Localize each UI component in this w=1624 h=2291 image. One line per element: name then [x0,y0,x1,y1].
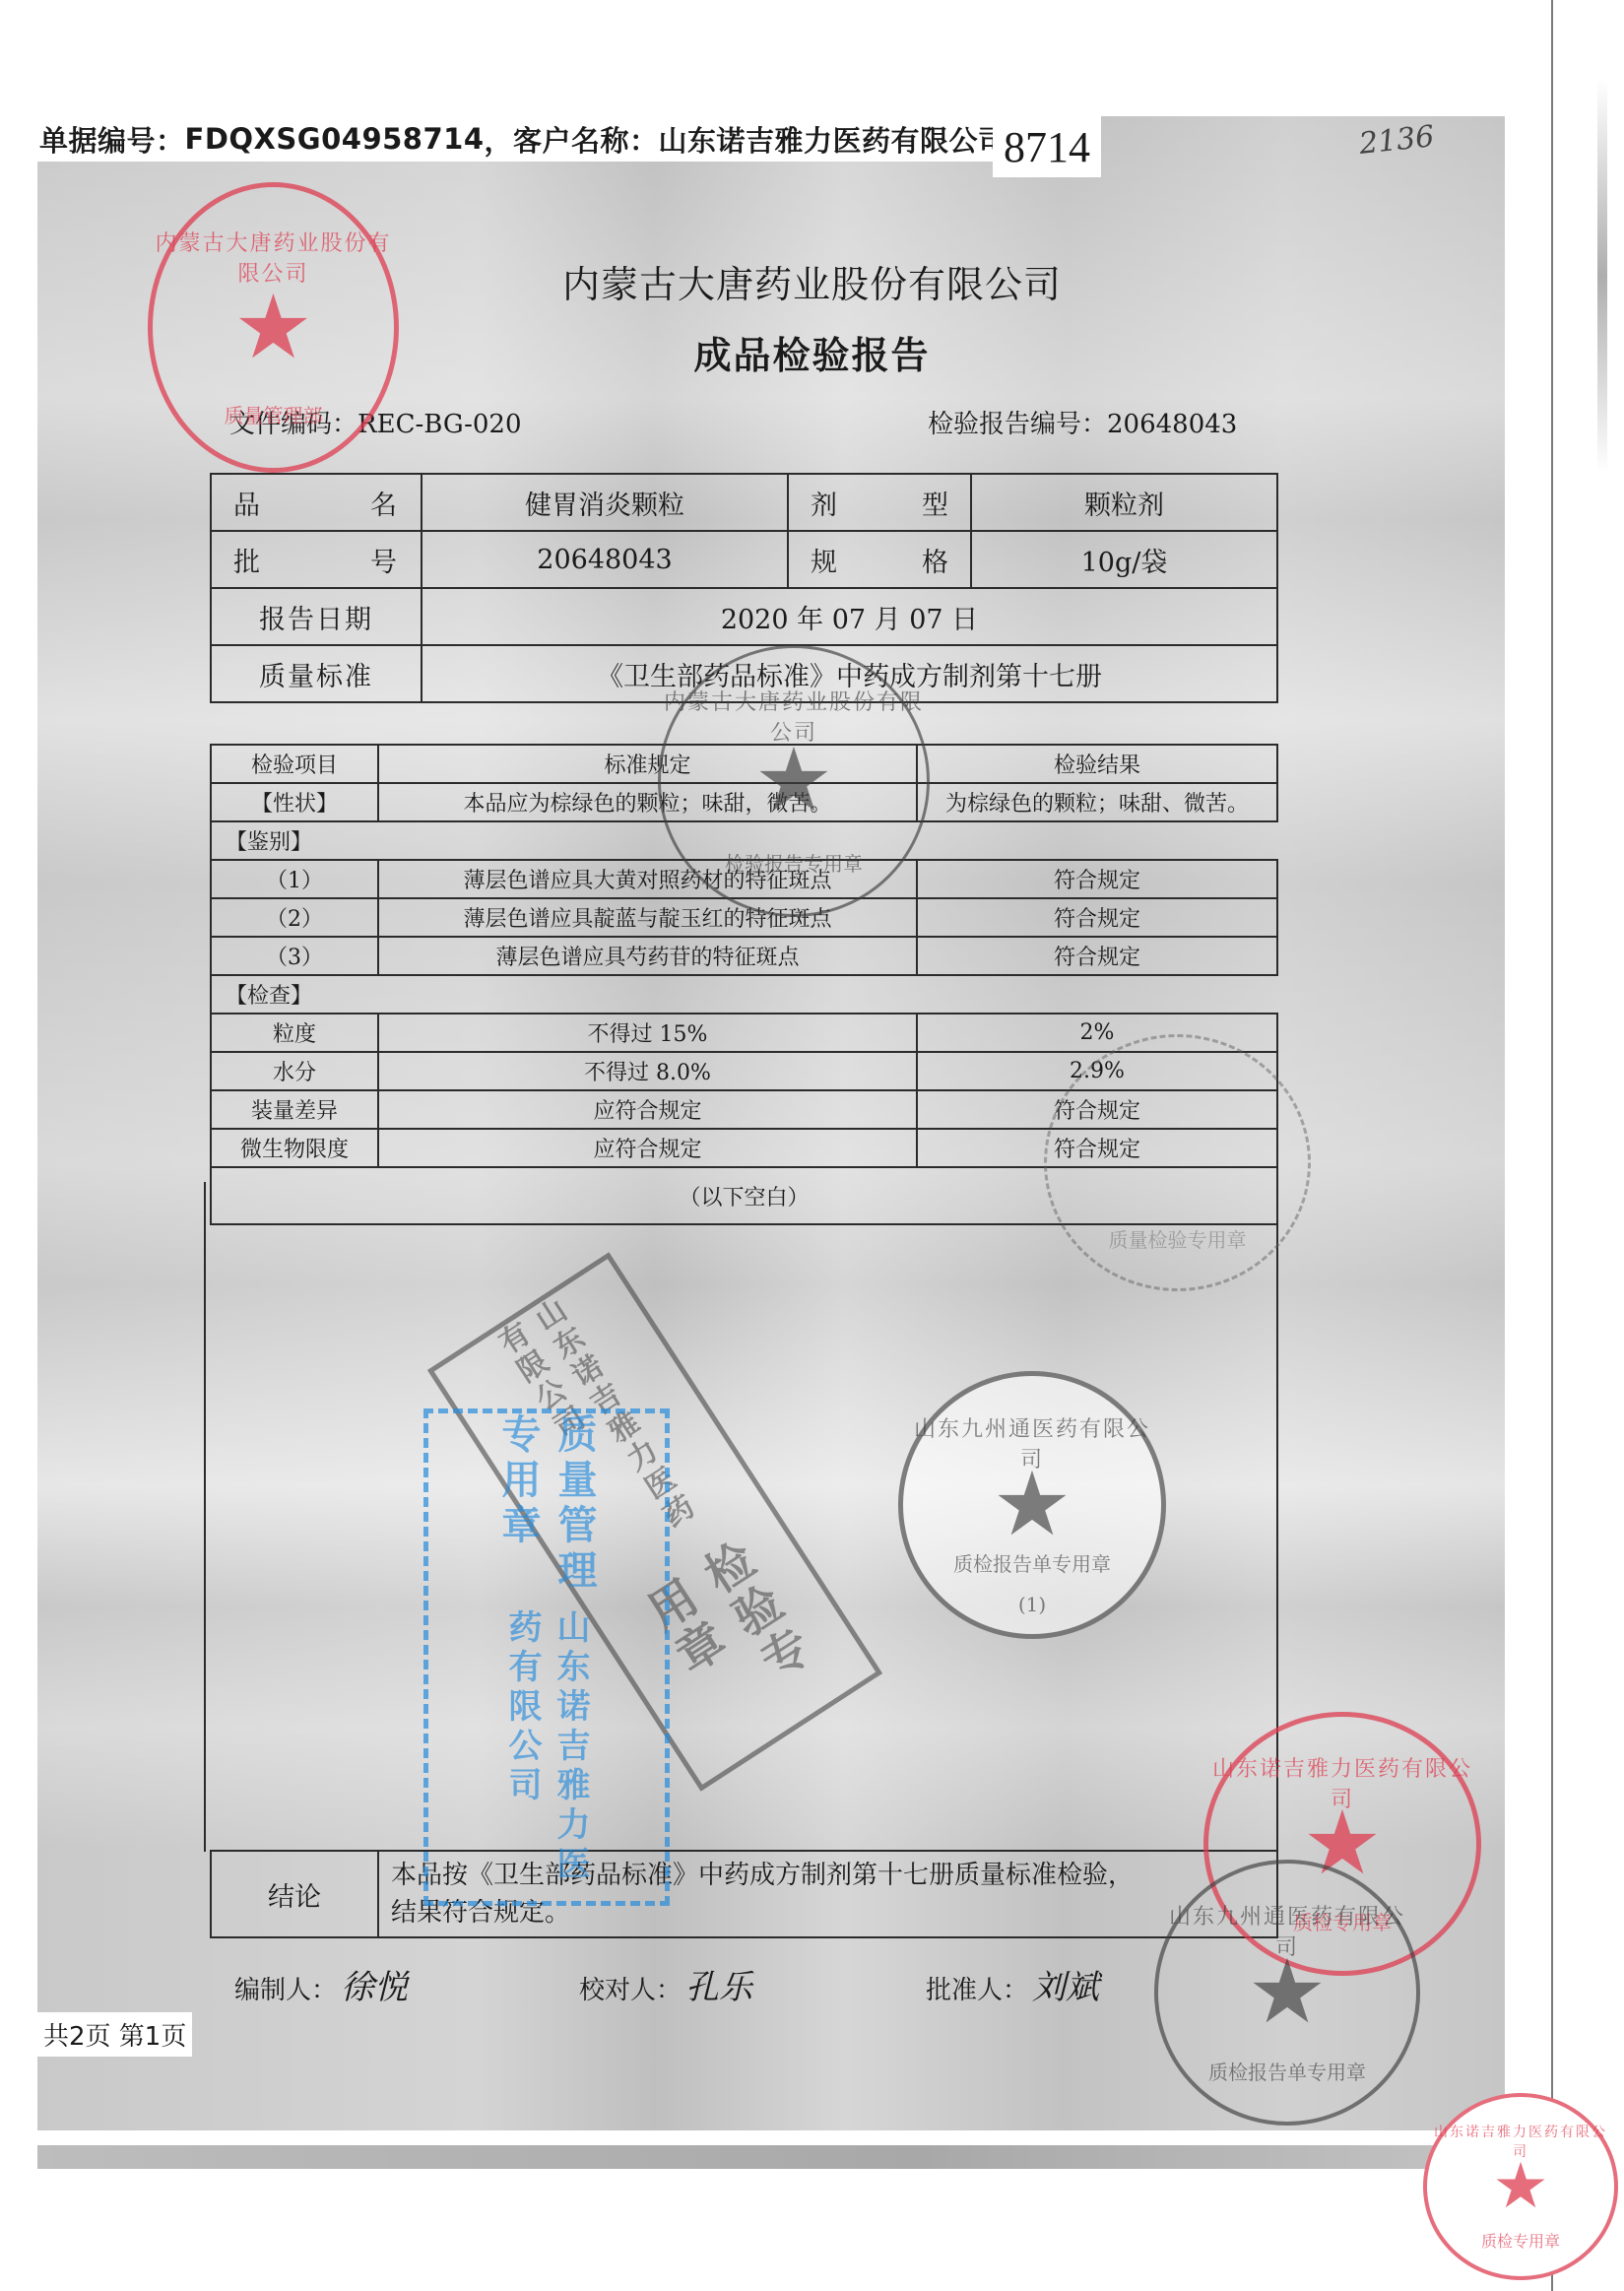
seal-subtext: 检验报告专用章 [661,848,927,877]
seal-subtext: 质量管理部 [153,400,394,428]
seal-text: 山东诺吉雅力医药有限公司 [498,1609,595,1901]
seal-subtext: 质检报告单专用章 [1158,2057,1416,2085]
checker-label: 校对人： [579,1976,682,2005]
customer-name: 山东诺吉雅力医药有限公司 [659,119,1007,160]
report-number: 检验报告编号：20648043 [928,404,1237,440]
test-result: 符合规定 [917,860,1277,898]
report-number-value: 20648043 [1107,410,1237,439]
seal-text: 山东诺吉雅力医药有限公司 [1427,2122,1614,2161]
dosage-form-value: 颗粒剂 [971,474,1277,531]
batch-label: 批号 [211,531,422,588]
test-standard: 应符合规定 [378,1129,917,1167]
dosage-form-label: 剂型 [788,474,971,531]
report-date-value: 2020 年 07 月 07 日 [422,588,1277,645]
star-icon: ★ [1248,1948,1328,2037]
test-result: 符合规定 [917,937,1277,975]
column-header: 检验项目 [211,745,378,783]
test-item: 粒度 [211,1014,378,1052]
table-row: 报告日期 2020 年 07 月 07 日 [211,588,1277,645]
approver-signature: 批准人：刘斌 [926,1960,1099,2008]
table-row: （3） 薄层色谱应具芍药苷的特征斑点 符合规定 [211,937,1277,975]
test-standard: 不得过 8.0% [378,1052,917,1090]
conclusion-label: 结论 [211,1851,378,1937]
test-item: （1） [211,860,378,898]
gray-seal-bottom: 山东九州通医药有限公司 ★ 质检报告单专用章 [1154,1860,1420,2126]
seal-text: 内蒙古大唐药业股份有限公司 [661,686,927,747]
section-character: 【性状】 [211,783,378,821]
product-name-value: 健胃消炎颗粒 [422,474,788,531]
doc-number: FDQXSG04958714 [185,122,485,156]
seal-text: 山东九州通医药有限公司 [903,1412,1161,1473]
standard-label: 质量标准 [211,645,422,702]
red-seal-top-left: 内蒙古大唐药业股份有限公司 ★ 质量管理部 [148,182,399,473]
scan-shadow-band [37,2145,1505,2169]
checker-signature: 校对人：孔乐 [579,1960,752,2008]
table-row: 品名 健胃消炎颗粒 剂型 颗粒剂 [211,474,1277,531]
report-number-label: 检验报告编号： [928,410,1107,439]
seal-subtext: 质量管理专用章 [490,1413,603,1609]
seal-text: 山东诺吉雅力医药有限公司 [1208,1752,1476,1813]
column-header: 检验结果 [917,745,1277,783]
document-header-bar: 单据编号： FDQXSG04958714 ，客户名称： 山东诺吉雅力医药有限公司 [37,116,1024,162]
red-seal-corner: 山东诺吉雅力医药有限公司 ★ 质检专用章 [1423,2093,1618,2280]
seal-subtext: 质检专用章 [1427,2229,1614,2252]
gray-seal-jiuzhoutong: 山东九州通医药有限公司 ★ 质检报告单专用章 (1) [898,1371,1166,1639]
test-standard: 薄层色谱应具芍药苷的特征斑点 [378,937,917,975]
product-name-label: 品名 [211,474,422,531]
star-icon: ★ [233,284,313,372]
table-frame-left [204,1182,206,1852]
test-item: （2） [211,898,378,937]
character-result: 为棕绿色的颗粒；味甜、微苦。 [917,783,1277,821]
preparer-name: 徐悦 [341,1968,408,2007]
table-row: 批号 20648043 规格 10g/袋 [211,531,1277,588]
spec-label: 规格 [788,531,971,588]
section-row: 【检查】 [211,975,1277,1014]
checker-name: 孔乐 [685,1968,752,2007]
document-tag: 8714 [993,116,1101,177]
approver-label: 批准人： [926,1976,1028,2005]
test-standard: 应符合规定 [378,1090,917,1129]
test-item: 微生物限度 [211,1129,378,1167]
preparer-label: 编制人： [234,1976,337,2005]
conclusion-table: 结论 本品按《卫生部药品标准》中药成方制剂第十七册质量标准检验， 结果符合规定。 [210,1850,1278,1938]
seal-text: 山东九州通医药有限公司 [1158,1900,1416,1961]
page-indicator: 共2页 第1页 [37,2012,192,2057]
star-icon: ★ [754,737,834,825]
preparer-signature: 编制人：徐悦 [234,1960,408,2008]
batch-value: 20648043 [422,531,788,588]
seal-text: 质量检验专用章 [1047,1224,1308,1253]
test-item: 装量差异 [211,1090,378,1129]
spec-value: 10g/袋 [971,531,1277,588]
approver-name: 刘斌 [1032,1968,1099,2007]
seal-text: 内蒙古大唐药业股份有限公司 [153,227,394,288]
test-item: （3） [211,937,378,975]
test-item: 水分 [211,1052,378,1090]
table-row: 结论 本品按《卫生部药品标准》中药成方制剂第十七册质量标准检验， 结果符合规定。 [211,1851,1277,1937]
test-standard: 不得过 15% [378,1014,917,1052]
report-date-label: 报告日期 [211,588,422,645]
seal-mark: (1) [903,1593,1161,1616]
section-inspection: 【检查】 [211,975,1277,1014]
gray-seal-center: 内蒙古大唐药业股份有限公司 ★ 检验报告专用章 [658,645,930,917]
seal-subtext: 质检报告单专用章 [903,1548,1161,1577]
blue-rect-seal: 山东诺吉雅力医药有限公司 质量管理专用章 [423,1408,670,1906]
doc-number-label: 单据编号： [39,119,185,160]
star-icon: ★ [993,1461,1072,1549]
star-icon: ★ [1492,2155,1548,2218]
faint-seal-right: 质量检验专用章 [1044,1034,1311,1291]
customer-label: ，客户名称： [485,119,659,160]
test-result: 符合规定 [917,898,1277,937]
table-row: 粒度 不得过 15% 2% [211,1014,1277,1052]
